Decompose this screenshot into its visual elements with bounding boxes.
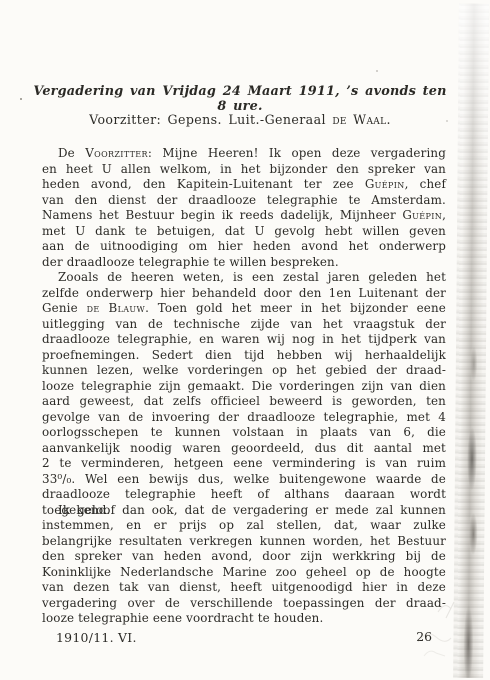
meeting-title: Vergadering van Vrijdag 24 Maart 1911, ’… <box>30 84 450 114</box>
text-segment: . Toen gold het meer in het bijzonder ee… <box>145 301 446 315</box>
text-line: 33⁰/₀. Wel een bewijs dus, welke buiteng… <box>42 472 446 488</box>
text-segment: van den dienst der draadlooze telegraphi… <box>42 193 446 207</box>
text-segment: , chef <box>405 177 446 191</box>
text-segment: : Mijne Heeren! Ik open deze vergadering <box>148 146 446 160</box>
text-line: draadlooze telegraphie heeft of althans … <box>42 487 446 503</box>
text-segment: Zooals de heeren weten, is een zestal ja… <box>58 270 446 284</box>
text-segment: en heet U allen welkom, in het bijzonder… <box>42 162 446 176</box>
text-segment: looze telegraphie zijn gemaakt. Die vord… <box>42 379 446 393</box>
text-line: aard geweest, dat zelfs officieel beweer… <box>42 394 446 410</box>
text-segment: den spreker van heden avond, door zijn w… <box>42 549 446 563</box>
text-segment: 33⁰/₀. Wel een bewijs dus, welke buiteng… <box>42 472 446 486</box>
text-segment: 2 te verminderen, hetgeen eene verminder… <box>42 456 446 470</box>
text-segment: draadlooze telegraphie, en waren wij nog… <box>42 332 446 346</box>
text-line: Zooals de heeren weten, is een zestal ja… <box>42 270 446 286</box>
text-line: Genie de Blauw. Toen gold het meer in he… <box>42 301 446 317</box>
text-segment: aan de uitnoodiging om hier heden avond … <box>42 239 446 253</box>
text-line: aan de uitnoodiging om hier heden avond … <box>42 239 446 255</box>
text-line: uitlegging van de technische zijde van h… <box>42 317 446 333</box>
smallcaps-name: de Waal <box>332 112 386 127</box>
chairman-line: Voorzitter: Gepens. Luit.-Generaal de Wa… <box>30 112 450 127</box>
text-segment: proefnemingen. Sedert dien tijd hebben w… <box>42 348 446 362</box>
text-line: kunnen lezen, welke vorderingen op het g… <box>42 363 446 379</box>
scan-speck <box>446 120 448 122</box>
text-line: 2 te verminderen, hetgeen eene verminder… <box>42 456 446 472</box>
body-text: De Voorzitter: Mijne Heeren! Ik open dez… <box>42 146 446 627</box>
smallcaps-name: de Blauw <box>87 301 145 315</box>
text-segment: met U dank te betuigen, dat U gevolg heb… <box>42 224 446 238</box>
text-segment: Genie <box>42 301 87 315</box>
text-line: De Voorzitter: Mijne Heeren! Ik open dez… <box>42 146 446 162</box>
text-line: en heet U allen welkom, in het bijzonder… <box>42 162 446 178</box>
text-segment: aanvankelijk noodig waren geoordeeld, du… <box>42 441 446 455</box>
text-line: gevolge van de invoering der draadlooze … <box>42 410 446 426</box>
text-segment: , <box>442 208 446 222</box>
text-segment: . <box>386 112 390 127</box>
scan-speck <box>20 98 22 100</box>
text-line: Ik geloof dan ook, dat de vergadering er… <box>42 503 446 519</box>
text-line: proefnemingen. Sedert dien tijd hebben w… <box>42 348 446 364</box>
text-segment: instemmen, en er prijs op zal stellen, d… <box>42 518 446 532</box>
scanned-page-edge-shadow <box>453 4 489 678</box>
text-line: aanvankelijk noodig waren geoordeeld, du… <box>42 441 446 457</box>
text-segment: Namens het Bestuur begin ik reeds dadeli… <box>42 208 402 222</box>
text-segment: Ik geloof dan ook, dat de vergadering er… <box>58 503 446 517</box>
text-segment: der draadlooze telegraphie te willen bes… <box>42 255 339 269</box>
smallcaps-name: Guépin <box>402 208 442 222</box>
text-segment: gevolge van de invoering der draadlooze … <box>42 410 446 424</box>
text-segment: zelfde onderwerp hier behandeld door den… <box>42 286 446 300</box>
text-line: looze telegraphie zijn gemaakt. Die vord… <box>42 379 446 395</box>
text-segment: uitlegging van de technische zijde van h… <box>42 317 446 331</box>
text-segment: oorlogsschepen te kunnen volstaan in pla… <box>42 425 446 439</box>
text-segment: Koninklijke Nederlandsche Marine zoo geh… <box>42 565 446 579</box>
text-line: van dezen tak van dienst, heeft uitgenoo… <box>42 580 446 596</box>
text-segment: looze telegraphie eene voordracht te hou… <box>42 611 323 625</box>
smallcaps-name: Voorzitter <box>85 146 148 160</box>
text-segment: belangrijke resultaten verkregen kunnen … <box>42 534 446 548</box>
text-line: van den dienst der draadlooze telegraphi… <box>42 193 446 209</box>
text-line: vergadering over de verschillende toepas… <box>42 596 446 612</box>
text-line: draadlooze telegraphie, en waren wij nog… <box>42 332 446 348</box>
text-line: Koninklijke Nederlandsche Marine zoo geh… <box>42 565 446 581</box>
text-line: heden avond, den Kapitein-Luitenant ter … <box>42 177 446 193</box>
text-segment: De <box>58 146 85 160</box>
smallcaps-name: Guépin <box>365 177 405 191</box>
text-segment: van dezen tak van dienst, heeft uitgenoo… <box>42 580 446 594</box>
volume-footnote: 1910/11. VI. <box>56 630 137 645</box>
text-segment: vergadering over de verschillende toepas… <box>42 596 446 610</box>
text-line: zelfde onderwerp hier behandeld door den… <box>42 286 446 302</box>
scanned-book-page: Vergadering van Vrijdag 24 Maart 1911, ’… <box>0 0 490 680</box>
scan-speck <box>376 70 378 72</box>
text-line: den spreker van heden avond, door zijn w… <box>42 549 446 565</box>
text-line: Namens het Bestuur begin ik reeds dadeli… <box>42 208 446 224</box>
text-line: instemmen, en er prijs op zal stellen, d… <box>42 518 446 534</box>
text-segment: kunnen lezen, welke vorderingen op het g… <box>42 363 446 377</box>
text-line: belangrijke resultaten verkregen kunnen … <box>42 534 446 550</box>
text-line: met U dank te betuigen, dat U gevolg heb… <box>42 224 446 240</box>
text-segment: heden avond, den Kapitein-Luitenant ter … <box>42 177 365 191</box>
text-line: der draadlooze telegraphie te willen bes… <box>42 255 446 271</box>
text-line: looze telegraphie eene voordracht te hou… <box>42 611 446 627</box>
pencil-scribble-marks <box>410 590 488 670</box>
text-segment: Voorzitter: Gepens. Luit.-Generaal <box>89 112 332 127</box>
text-line: oorlogsschepen te kunnen volstaan in pla… <box>42 425 446 441</box>
text-segment: aard geweest, dat zelfs officieel beweer… <box>42 394 446 408</box>
